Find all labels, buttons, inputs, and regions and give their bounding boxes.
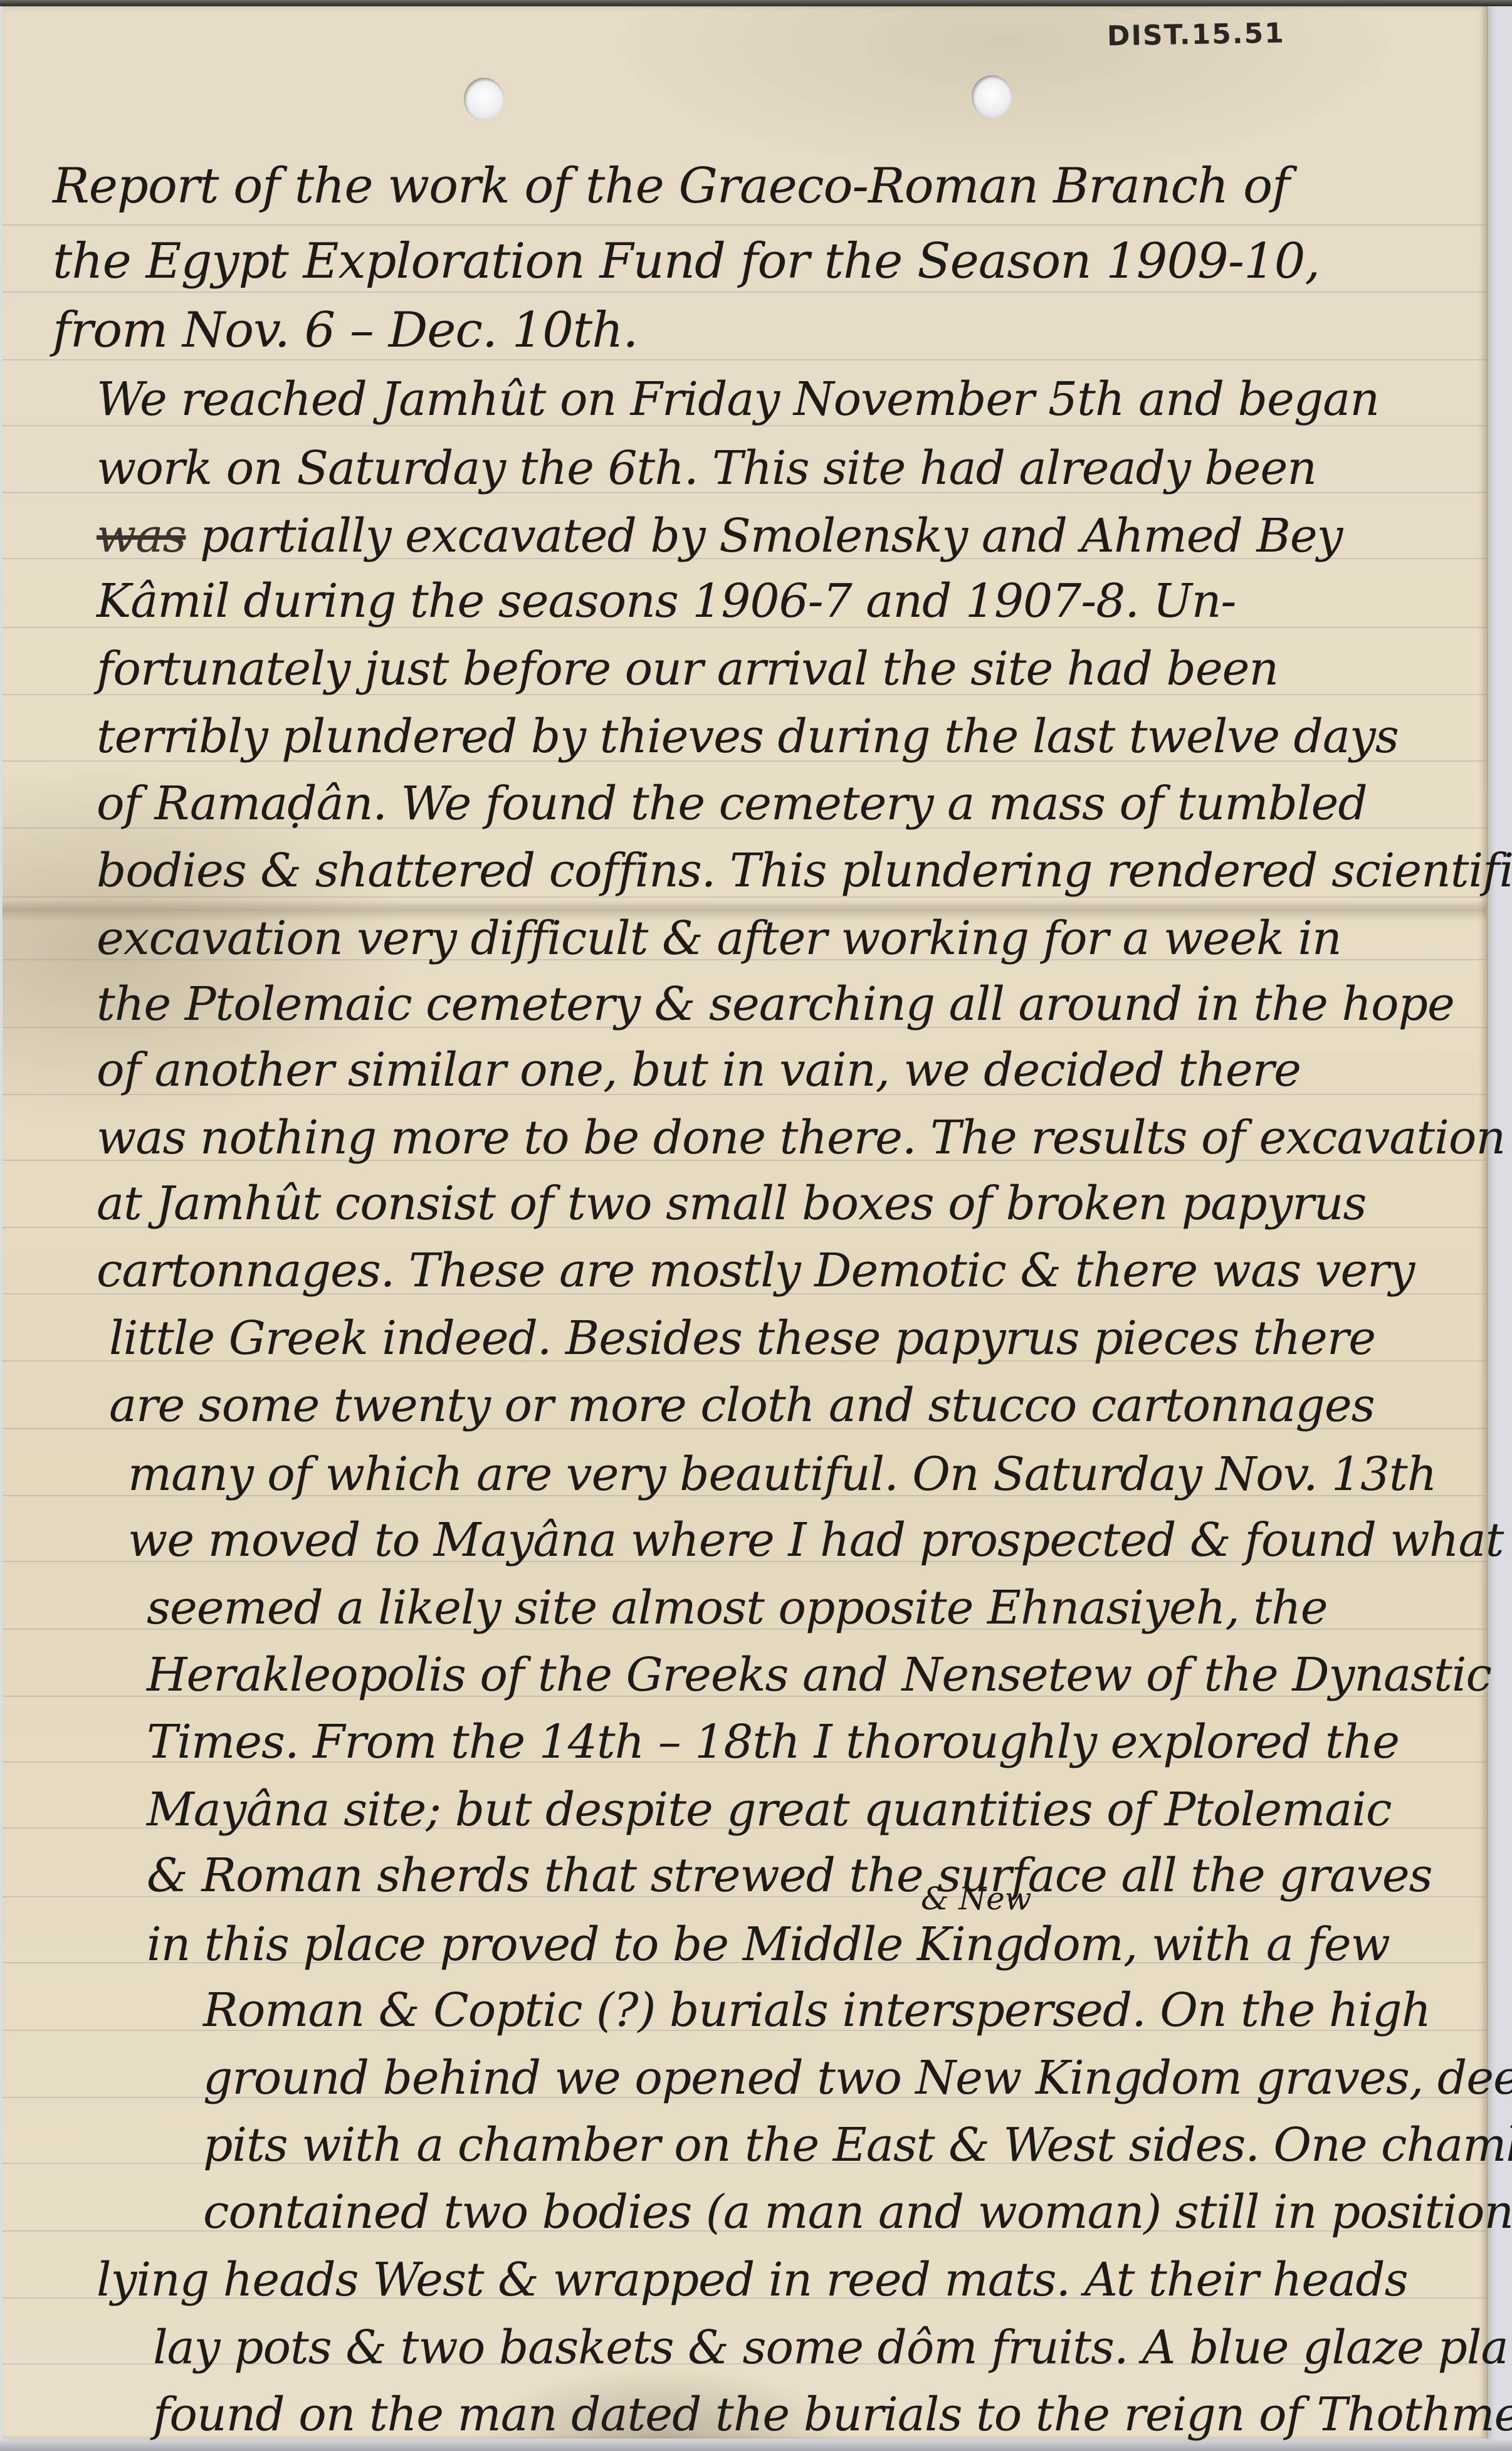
- body-line: Roman & Coptic (?) burials interspersed.…: [203, 1987, 1431, 2034]
- body-line: cartonnages. These are mostly Demotic & …: [97, 1247, 1414, 1294]
- punch-hole-left: [464, 78, 504, 120]
- struck-word: was: [97, 509, 186, 563]
- body-line: bodies & shattered coffins. This plunder…: [97, 848, 1512, 894]
- body-line: of another similar one, but in vain, we …: [97, 1047, 1301, 1093]
- body-line: Kâmil during the seasons 1906-7 and 1907…: [97, 578, 1236, 624]
- interlinear-insertion: & New: [921, 1881, 1032, 1917]
- body-line: lying heads West & wrapped in reed mats.…: [97, 2257, 1408, 2303]
- body-line: & Roman sherds that strewed the surface …: [147, 1852, 1432, 1899]
- body-line: was partially excavated by Smolensky and…: [97, 513, 1342, 559]
- manuscript-page: DIST.15.51 Report of the work of the Gra…: [3, 6, 1488, 2438]
- body-line: Mayâna site; but despite great quantitie…: [147, 1787, 1391, 1833]
- body-line: ground behind we opened two New Kingdom …: [203, 2055, 1512, 2101]
- body-line: at Jamhût consist of two small boxes of …: [97, 1180, 1366, 1227]
- body-line: the Ptolemaic cemetery & searching all a…: [97, 981, 1454, 1027]
- body-line: are some twenty or more cloth and stucco…: [109, 1382, 1375, 1429]
- body-line: seemed a likely site almost opposite Ehn…: [147, 1585, 1328, 1631]
- body-line: found on the man dated the burials to th…: [153, 2391, 1512, 2438]
- body-line: We reached Jamhût on Friday November 5th…: [97, 376, 1379, 422]
- body-line: lay pots & two baskets & some dôm fruits…: [153, 2324, 1512, 2371]
- heading-line-3: from Nov. 6 – Dec. 10th.: [53, 306, 638, 355]
- ruled-line: [3, 291, 1487, 293]
- heading-line-2: the Egypt Exploration Fund for the Seaso…: [53, 237, 1320, 286]
- body-line: in this place proved to be Middle Kingdo…: [147, 1921, 1390, 1968]
- body-line: excavation very difficult & after workin…: [97, 915, 1341, 962]
- body-line: contained two bodies (a man and woman) s…: [203, 2189, 1512, 2235]
- body-line: we moved to Mayâna where I had prospecte…: [128, 1517, 1503, 1563]
- body-line: Herakleopolis of the Greeks and Nensetew…: [147, 1652, 1491, 1698]
- body-line: of Ramaḍân. We found the cemetery a mass…: [97, 780, 1367, 827]
- body-line: terribly plundered by thieves during the…: [97, 713, 1399, 760]
- body-line: work on Saturday the 6th. This site had …: [97, 445, 1316, 491]
- body-line: was nothing more to be done there. The r…: [97, 1115, 1505, 1161]
- body-line: fortunately just before our arrival the …: [97, 646, 1278, 692]
- heading-line-1: Report of the work of the Graeco-Roman B…: [53, 162, 1289, 211]
- body-line: little Greek indeed. Besides these papyr…: [109, 1315, 1375, 1362]
- ruled-line: [3, 224, 1487, 226]
- body-line: Times. From the 14th – 18th I thoroughly…: [147, 1719, 1399, 1765]
- body-line: many of which are very beautiful. On Sat…: [128, 1451, 1436, 1498]
- body-line: pits with a chamber on the East & West s…: [203, 2122, 1512, 2168]
- document-scan: DIST.15.51 Report of the work of the Gra…: [0, 0, 1512, 2451]
- ruled-line: [3, 359, 1487, 360]
- scanner-edge: [0, 0, 1512, 6]
- scanner-bottom-edge: [0, 2438, 1512, 2451]
- punch-hole-right: [972, 75, 1012, 118]
- archive-reference: DIST.15.51: [1107, 18, 1286, 53]
